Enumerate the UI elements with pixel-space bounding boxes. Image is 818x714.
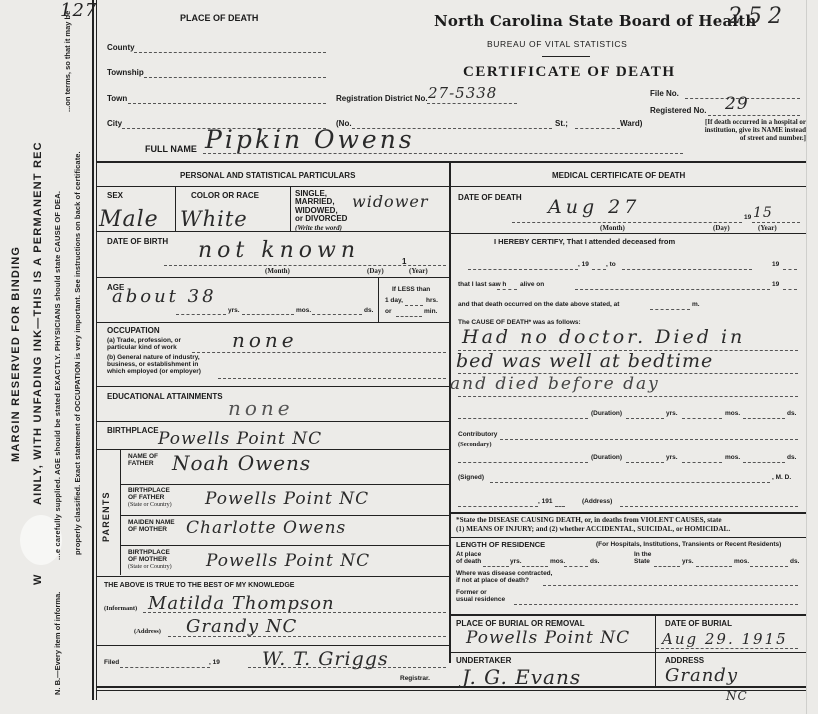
- undertaker-value: J. G. Evans: [462, 667, 581, 687]
- attended-to-label: , to: [606, 262, 616, 269]
- cause-field-3[interactable]: [458, 396, 798, 397]
- age-ds-label: ds.: [364, 308, 373, 315]
- filed-label: Filed: [104, 660, 119, 667]
- signed-address-label: (Address): [582, 499, 612, 506]
- signed-label: (Signed): [458, 475, 484, 482]
- dob-day-caption: (Day): [367, 267, 384, 275]
- occupation-a-label: (a) Trade, profession, or particular kin…: [107, 337, 181, 351]
- form-border-left: [92, 0, 94, 700]
- margin-instructions-b: ...e carefully supplied. AGE should be s…: [53, 191, 62, 560]
- registrar-signature: W. T. Griggs: [262, 650, 389, 669]
- in-state-mos-field[interactable]: [696, 566, 732, 567]
- at-place-yrs: yrs.: [510, 559, 522, 566]
- medical-heading-rule: [451, 186, 806, 187]
- sex-divider: [175, 186, 176, 231]
- race-value: White: [180, 209, 248, 230]
- mother-birthplace-label: BIRTHPLACE OF MOTHER (State or Country): [128, 550, 172, 570]
- birthplace-label: BIRTHPLACE: [107, 427, 159, 435]
- signed-date-field[interactable]: [458, 506, 538, 507]
- father-name-value: Noah Owens: [172, 453, 311, 473]
- registration-district-value: 27-5338: [428, 86, 497, 101]
- age-ds-field[interactable]: [312, 314, 362, 315]
- in-state-ds: ds.: [790, 559, 799, 566]
- where-contracted-label: Where was disease contracted, if not at …: [456, 571, 552, 585]
- residence-bottom-rule: [451, 614, 806, 616]
- alive-on-year: 19: [772, 282, 779, 289]
- in-state-yrs-field[interactable]: [654, 566, 680, 567]
- informant-field[interactable]: [143, 612, 446, 613]
- education-value: none: [228, 398, 294, 418]
- date-of-death-value: Aug 27: [548, 198, 640, 217]
- at-place-ds: ds.: [590, 559, 599, 566]
- father-birthplace-label: BIRTHPLACE OF FATHER (State or Country): [128, 488, 172, 508]
- residence-heading: LENGTH OF RESIDENCE: [456, 541, 545, 549]
- dob-month-caption: (Month): [265, 267, 290, 275]
- dob-row-rule: [96, 277, 449, 278]
- file-no-label: File No.: [650, 90, 679, 98]
- full-name-label: FULL NAME: [145, 145, 197, 154]
- parents-bottom-rule: [96, 576, 449, 577]
- death-certificate: MARGIN RESERVED FOR BINDING W AINLY, WIT…: [0, 0, 818, 714]
- personal-heading: PERSONAL AND STATISTICAL PARTICULARS: [180, 172, 355, 180]
- duration-2-yrs: yrs.: [666, 455, 678, 462]
- signed-field[interactable]: [490, 482, 770, 483]
- less-or-label: or: [385, 309, 392, 316]
- certificate-title: CERTIFICATE OF DEATH: [463, 64, 676, 81]
- registered-no-field[interactable]: [708, 115, 800, 116]
- date-of-death-year: 15: [753, 206, 773, 220]
- cause-line-1: Had no doctor. Died in: [462, 328, 745, 347]
- full-name-field[interactable]: [203, 153, 683, 154]
- date-of-death-rule: [451, 233, 806, 234]
- form-bottom-rule-2: [96, 690, 806, 691]
- at-place-label: At place of death: [456, 552, 481, 566]
- margin-binding-note: MARGIN RESERVED FOR BINDING: [10, 246, 22, 462]
- agency-name: North Carolina State Board of Health: [434, 12, 757, 30]
- dob-year-prefix: 1: [402, 258, 406, 266]
- birthplace-value: Powells Point NC: [158, 431, 322, 448]
- township-field[interactable]: [144, 77, 326, 78]
- at-place-mos-field[interactable]: [522, 566, 548, 567]
- date-of-death-label: DATE OF DEATH: [458, 194, 522, 202]
- father-birthplace-value: Powells Point NC: [205, 491, 369, 508]
- alive-on-field[interactable]: [575, 289, 770, 290]
- occurred-text: and that death occurred on the date abov…: [458, 302, 619, 309]
- hospital-note: [If death occurred in a hospital or inst…: [698, 118, 806, 142]
- address-label: (Address): [134, 628, 161, 635]
- at-place-ds-field[interactable]: [564, 566, 588, 567]
- contributory-label: Contributory: [458, 432, 497, 439]
- duration-2-yrs-field[interactable]: [626, 462, 664, 463]
- age-yrs-label: yrs.: [228, 308, 240, 315]
- age-mos-label: mos.: [296, 308, 311, 315]
- parents-divider: [120, 449, 121, 575]
- county-label: County: [107, 44, 135, 52]
- duration-2-pre-field[interactable]: [458, 462, 588, 463]
- sex-label: SEX: [107, 192, 123, 200]
- date-of-death-day-caption: (Day): [713, 224, 730, 232]
- date-of-death-year-field[interactable]: [752, 222, 800, 223]
- race-divider: [290, 186, 291, 231]
- sex-value: Male: [99, 209, 159, 231]
- ward-field[interactable]: [575, 128, 620, 129]
- father-name-rule: [120, 484, 449, 485]
- burial-place-label: PLACE OF BURIAL OR REMOVAL: [456, 620, 585, 628]
- footnote-bottom-rule: [451, 537, 806, 538]
- duration-2-ds-field[interactable]: [743, 462, 785, 463]
- less-than-divider: [378, 277, 379, 322]
- where-contracted-field[interactable]: [543, 585, 798, 586]
- full-name-value: Pipkin Owens: [205, 127, 415, 152]
- at-place-mos: mos.: [550, 559, 565, 566]
- burial-place-value: Powells Point NC: [466, 630, 630, 647]
- duration-1-mos: mos.: [725, 411, 740, 418]
- form-bottom-rule: [96, 686, 806, 688]
- place-of-death-heading: PLACE OF DEATH: [180, 14, 258, 23]
- footnote-line-2: (1) MEANS OF INJURY; and (2) whether ACC…: [456, 525, 730, 534]
- filed-field[interactable]: [120, 667, 210, 668]
- marital-value: widower: [352, 194, 429, 210]
- attended-from-year-field[interactable]: [592, 269, 606, 270]
- occupation-b-field[interactable]: [218, 378, 446, 379]
- signed-year-field[interactable]: [555, 506, 565, 507]
- form-border-right: [806, 0, 807, 714]
- margin-instructions-a: N. B.—Every item of informa.: [53, 592, 62, 695]
- burial-address-value-2: NC: [726, 690, 748, 702]
- duration-2-label: (Duration): [591, 455, 622, 462]
- address-value: Grandy NC: [186, 618, 297, 636]
- former-residence-label: Former or usual residence: [456, 590, 505, 604]
- in-state-yrs: yrs.: [682, 559, 694, 566]
- in-state-ds-field[interactable]: [750, 566, 788, 567]
- informant-label: (Informant): [104, 605, 137, 612]
- occupation-a-value: none: [232, 330, 298, 350]
- occupation-b-label: (b) General nature of industry, business…: [107, 354, 201, 375]
- footnote-line-1: *State the DISEASE CAUSING DEATH, or, in…: [456, 516, 722, 525]
- burial-date-value: Aug 29. 1915: [662, 632, 788, 647]
- marital-label: SINGLE, MARRIED, WIDOWED, or DIVORCED (W…: [295, 190, 347, 232]
- county-field[interactable]: [134, 52, 326, 53]
- knowledge-statement: THE ABOVE IS TRUE TO THE BEST OF MY KNOW…: [104, 582, 294, 589]
- duration-2-mos-field[interactable]: [682, 462, 722, 463]
- duration-1-yrs: yrs.: [666, 411, 678, 418]
- burial-divider: [655, 616, 656, 686]
- less-day-label: 1 day,: [385, 298, 403, 305]
- burial-address-label: ADDRESS: [665, 657, 704, 665]
- medical-heading: MEDICAL CERTIFICATE OF DEATH: [552, 172, 685, 180]
- dob-label: DATE OF BIRTH: [107, 238, 168, 246]
- attended-to-year: 19: [772, 262, 779, 269]
- signed-address-field[interactable]: [620, 506, 798, 507]
- md-label: , M. D.: [772, 475, 791, 482]
- attended-to-field[interactable]: [622, 269, 752, 270]
- date-of-death-year-prefix: 19: [744, 215, 751, 222]
- occurred-time-field[interactable]: [650, 309, 690, 310]
- duration-1-mos-field[interactable]: [682, 418, 722, 419]
- residence-heading-note: (For Hospitals, Institutions, Transients…: [596, 542, 781, 549]
- duration-1-yrs-field[interactable]: [626, 418, 664, 419]
- alive-on-label: alive on: [520, 282, 544, 289]
- occupation-a-field[interactable]: [192, 352, 446, 353]
- former-residence-field[interactable]: [514, 604, 798, 605]
- birthplace-row-rule: [96, 449, 449, 450]
- age-row-rule: [96, 322, 449, 323]
- certify-text: I HEREBY CERTIFY, That I attended deceas…: [494, 238, 675, 246]
- duration-2-mos: mos.: [725, 455, 740, 462]
- township-label: Township: [107, 69, 144, 77]
- registration-district-field[interactable]: [427, 103, 517, 104]
- occurred-m-label: m.: [692, 302, 700, 309]
- duration-2-ds: ds.: [787, 455, 796, 462]
- address-field[interactable]: [168, 636, 446, 637]
- at-place-yrs-field[interactable]: [483, 566, 509, 567]
- duration-1-label: (Duration): [591, 411, 622, 418]
- bureau-name: BUREAU OF VITAL STATISTICS: [487, 40, 627, 49]
- attended-from-field[interactable]: [468, 269, 578, 270]
- mother-maiden-label: MAIDEN NAME OF MOTHER: [128, 520, 175, 534]
- education-row-rule: [96, 421, 449, 422]
- sex-row-rule: [96, 231, 449, 232]
- date-of-death-field[interactable]: [512, 222, 742, 223]
- in-state-label: In the State: [634, 552, 651, 566]
- registration-district-label: Registration District No.: [336, 95, 428, 103]
- dob-value: not known: [198, 240, 360, 262]
- header-bottom-rule: [96, 161, 806, 163]
- cause-line-2: bed was well at bedtime: [456, 352, 713, 371]
- attended-to-year-field[interactable]: [783, 269, 797, 270]
- less-hrs-label: hrs.: [426, 298, 438, 305]
- registrar-label: Registrar.: [400, 676, 430, 683]
- less-than-label: If LESS than: [392, 287, 430, 294]
- town-label: Town: [107, 95, 127, 103]
- dob-year-caption: (Year): [409, 267, 428, 275]
- secondary-label: (Secondary): [458, 441, 492, 448]
- margin-ink-note: AINLY, WITH UNFADING INK—THIS IS A PERMA…: [32, 141, 44, 505]
- contributory-field[interactable]: [500, 439, 798, 440]
- city-label: City: [107, 120, 122, 128]
- undertaker-label: UNDERTAKER: [456, 657, 511, 665]
- duration-1-ds: ds.: [787, 411, 796, 418]
- form-border-left-inner: [96, 0, 97, 700]
- registered-no-value: 29: [725, 96, 749, 113]
- cause-line-3: and died before day: [450, 376, 660, 393]
- street-label: St.;: [555, 120, 568, 128]
- parents-label: PARENTS: [102, 491, 111, 542]
- education-label: EDUCATIONAL ATTAINMENTS: [107, 393, 223, 401]
- ward-label: Ward): [620, 120, 642, 128]
- town-field[interactable]: [128, 103, 326, 104]
- burial-date-label: DATE OF BURIAL: [665, 620, 732, 628]
- in-state-mos: mos.: [734, 559, 749, 566]
- father-name-label: NAME OF FATHER: [128, 454, 158, 468]
- margin-ink-note-left: W: [32, 574, 44, 585]
- date-of-death-year-caption: (Year): [758, 224, 777, 232]
- duration-1-ds-field[interactable]: [743, 418, 785, 419]
- burial-address-value: Grandy: [665, 667, 738, 685]
- burial-row-rule: [451, 652, 806, 653]
- age-mos-field[interactable]: [242, 314, 294, 315]
- header-rule: [542, 56, 590, 57]
- informant-bottom-rule: [96, 645, 449, 646]
- date-of-death-month-caption: (Month): [600, 224, 625, 232]
- mother-birthplace-value: Powells Point NC: [206, 553, 370, 570]
- mother-maiden-value: Charlotte Owens: [186, 520, 346, 537]
- last-saw-pronoun-field[interactable]: [497, 289, 517, 290]
- informant-value: Matilda Thompson: [148, 595, 335, 613]
- registered-no-label: Registered No.: [650, 107, 706, 115]
- personal-heading-rule: [96, 186, 449, 187]
- less-min-field[interactable]: [396, 316, 422, 317]
- signed-bottom-rule: [451, 512, 806, 514]
- duration-1-pre-field[interactable]: [458, 418, 588, 419]
- age-value: about 38: [112, 288, 217, 306]
- burial-date-field[interactable]: [656, 648, 798, 649]
- last-saw-text: that I last saw h: [458, 282, 506, 289]
- father-birthplace-rule: [120, 515, 449, 516]
- mother-maiden-rule: [120, 545, 449, 546]
- alive-on-year-field[interactable]: [783, 289, 797, 290]
- age-yrs-field[interactable]: [176, 314, 226, 315]
- page-number: 252: [728, 6, 788, 28]
- occupation-row-rule: [96, 386, 449, 387]
- filed-year-prefix: , 19: [209, 660, 220, 667]
- less-min-label: min.: [424, 309, 437, 316]
- margin-instructions-c: ...on terms, so that it may be: [63, 11, 72, 112]
- section-divider: [449, 163, 451, 663]
- occupation-heading: OCCUPATION: [107, 327, 160, 335]
- margin-instructions-2: properly classified. Exact statement of …: [73, 151, 82, 555]
- attended-from-year: , 19: [578, 262, 589, 269]
- race-label: COLOR OR RACE: [191, 192, 259, 200]
- less-hrs-field[interactable]: [405, 305, 423, 306]
- signed-year-prefix: , 191: [538, 499, 552, 506]
